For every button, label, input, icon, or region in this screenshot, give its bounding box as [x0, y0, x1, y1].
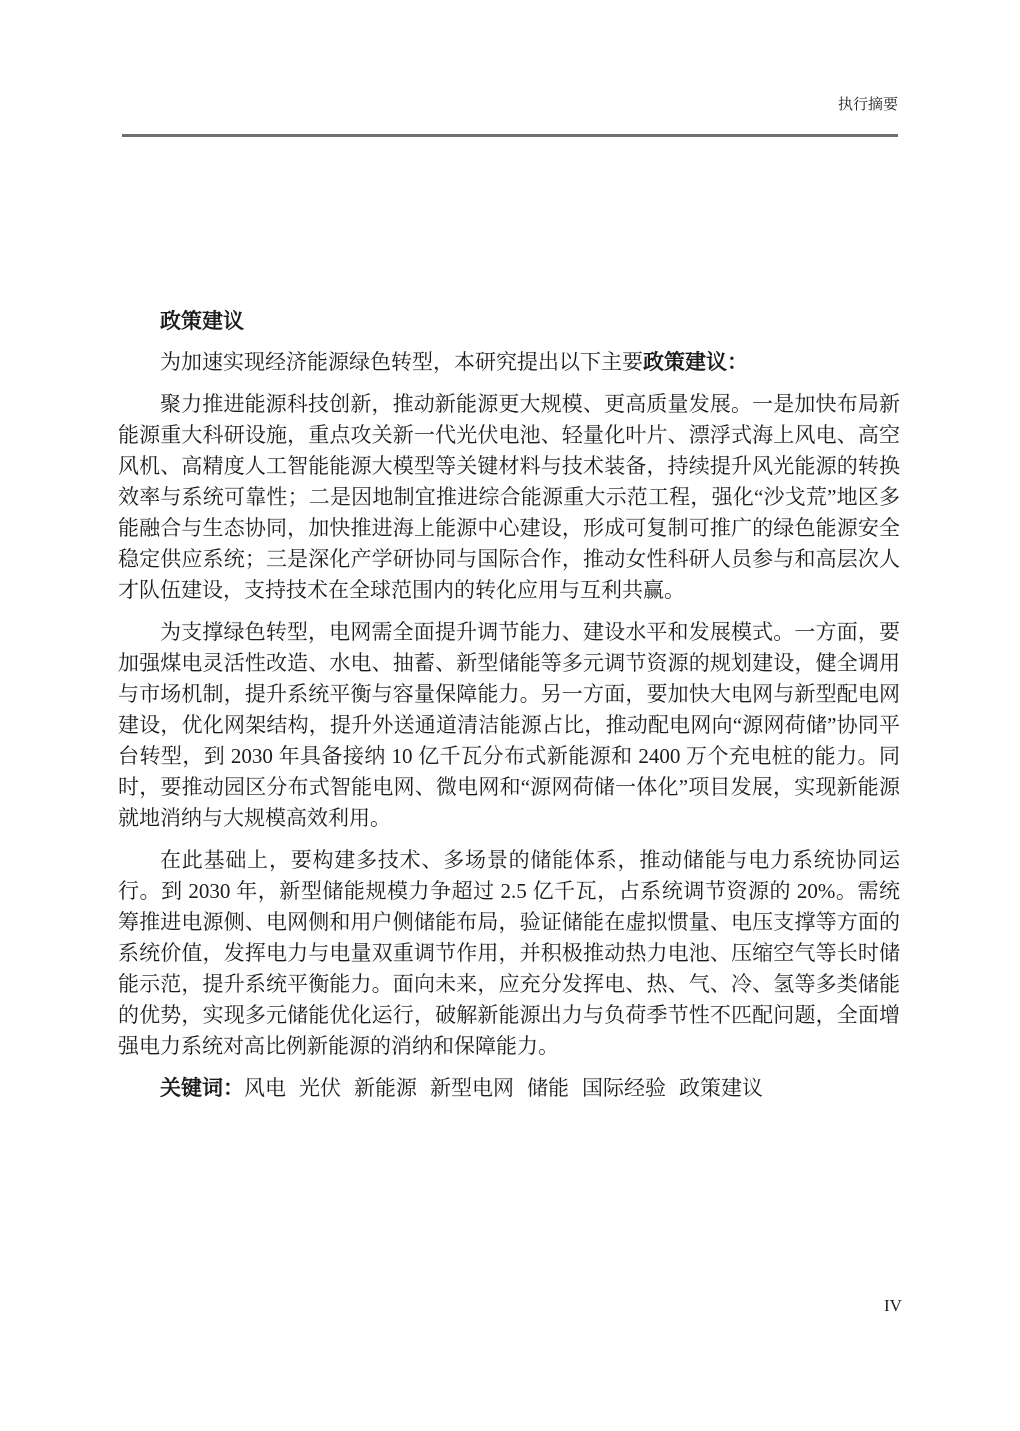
intro-paragraph: 为加速实现经济能源绿色转型，本研究提出以下主要政策建议： — [118, 347, 900, 378]
running-header: 执行摘要 — [122, 95, 898, 115]
keyword: 储能 — [527, 1076, 569, 1100]
body-paragraph: 聚力推进能源科技创新，推动新能源更大规模、更高质量发展。一是加快布局新能源重大科… — [118, 389, 900, 606]
keyword: 光伏 — [299, 1076, 341, 1100]
keyword: 新能源 — [354, 1076, 417, 1100]
keyword: 政策建议 — [679, 1076, 763, 1100]
keywords-line: 关键词：风电光伏新能源新型电网储能国际经验政策建议 — [118, 1073, 900, 1104]
header-rule — [122, 134, 898, 137]
keyword: 国际经验 — [582, 1076, 666, 1100]
document-page: 执行摘要 政策建议 为加速实现经济能源绿色转型，本研究提出以下主要政策建议： 聚… — [0, 0, 1020, 1431]
body-paragraph: 在此基础上，要构建多技术、多场景的储能体系，推动储能与电力系统协同运行。到 20… — [118, 845, 900, 1062]
intro-text: 为加速实现经济能源绿色转型，本研究提出以下主要 — [160, 350, 643, 374]
keywords-label: 关键词： — [160, 1077, 244, 1100]
keyword: 风电 — [244, 1076, 286, 1100]
page-number: IV — [884, 1294, 902, 1318]
page-content: 政策建议 为加速实现经济能源绿色转型，本研究提出以下主要政策建议： 聚力推进能源… — [118, 306, 900, 1115]
intro-bold-text: 政策建议： — [643, 351, 748, 374]
section-heading: 政策建议 — [118, 306, 900, 337]
keyword: 新型电网 — [430, 1076, 514, 1100]
body-paragraph: 为支撑绿色转型，电网需全面提升调节能力、建设水平和发展模式。一方面，要加强煤电灵… — [118, 617, 900, 834]
